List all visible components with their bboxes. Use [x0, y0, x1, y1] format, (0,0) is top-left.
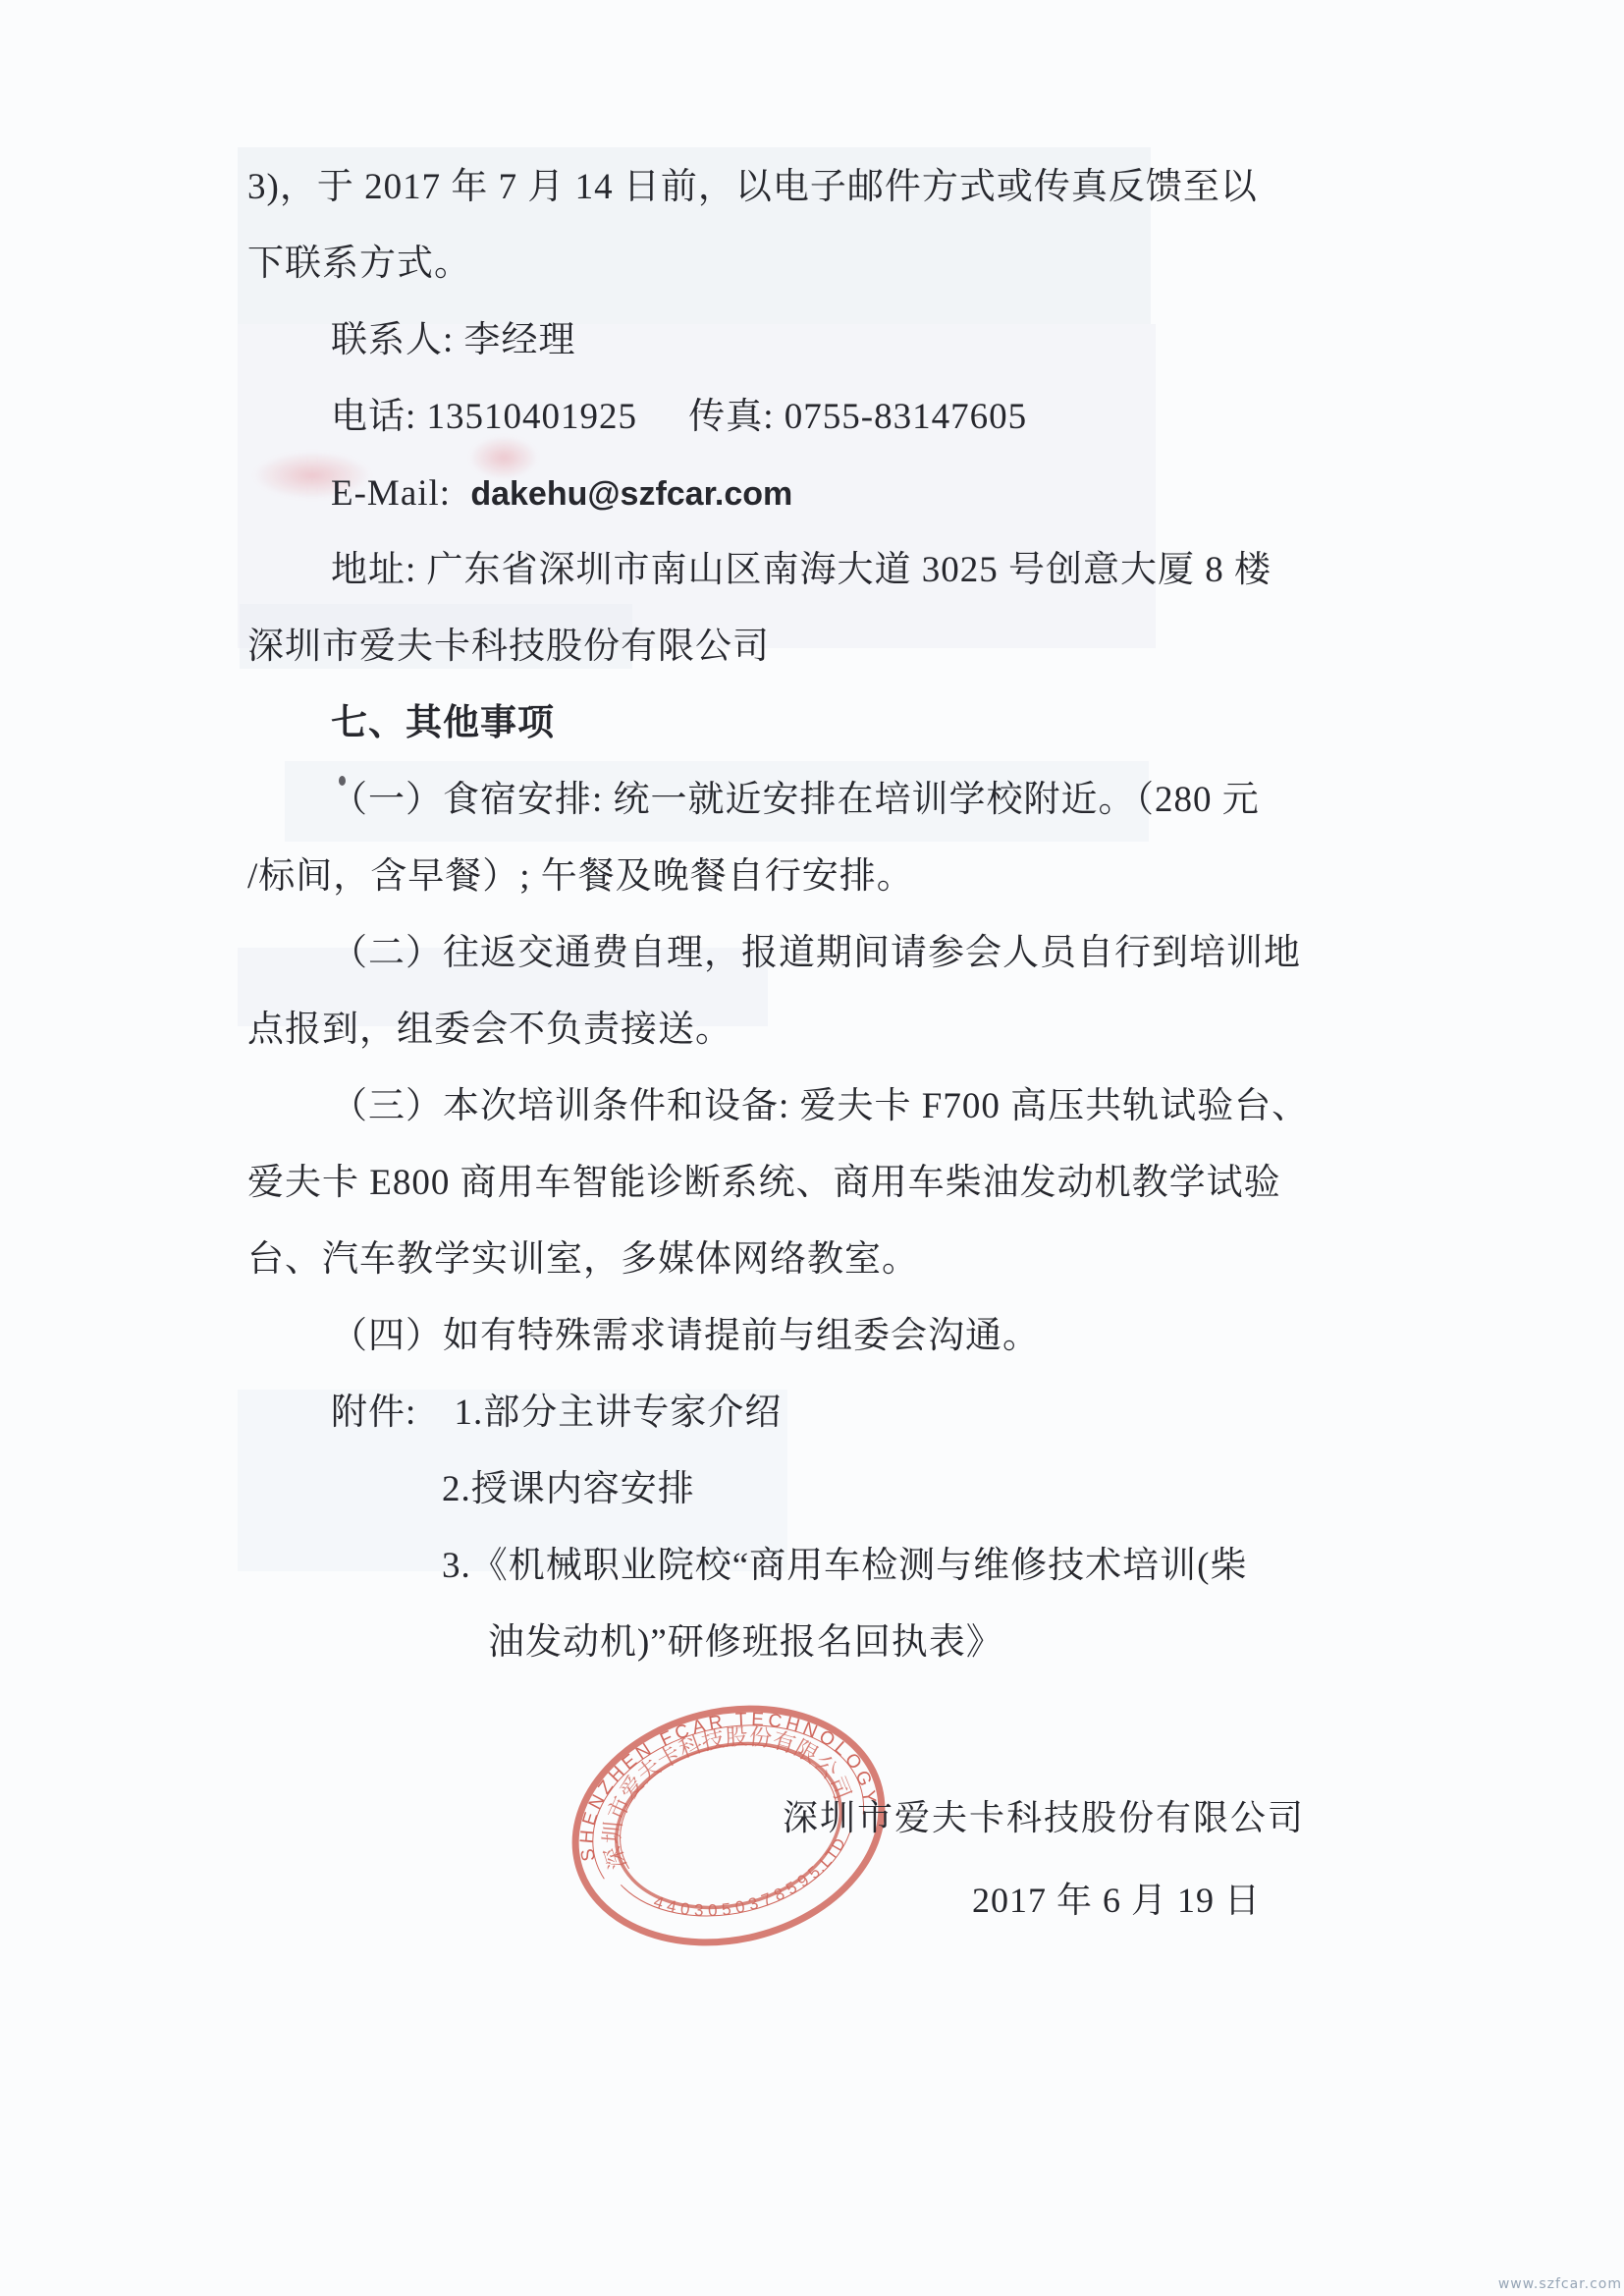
- document-line: 台、汽车教学实训室，多媒体网络教室。: [247, 1222, 1229, 1298]
- document-line: E-Mail: dakehu@szfcar.com: [331, 456, 1229, 532]
- document-line: /标间，含早餐）; 午餐及晚餐自行安排。: [247, 839, 1229, 915]
- document-line: 2.授课内容安排: [442, 1451, 1229, 1528]
- document-line: （三）本次培训条件和设备: 爱夫卡 F700 高压共轨试验台、: [331, 1068, 1229, 1145]
- text-run: 下联系方式。: [247, 244, 471, 284]
- text-run: 点报到，组委会不负责接送。: [247, 1010, 732, 1050]
- document-line: 油发动机)”研修班报名回执表》: [488, 1605, 1229, 1681]
- section-heading: 七、其他事项: [331, 703, 555, 743]
- address-value: 地址: 广东省深圳市南山区南海大道 3025 号创意大厦 8 楼: [331, 550, 1272, 590]
- fax-value: 传真: 0755-83147605: [688, 397, 1027, 437]
- document-line: 爱夫卡 E800 商用车智能诊断系统、商用车柴油发动机教学试验: [247, 1145, 1229, 1222]
- document-line: 联系人: 李经理: [331, 302, 1229, 379]
- attachment-item: 1.部分主讲专家介绍: [455, 1393, 783, 1433]
- document-line: 下联系方式。: [247, 226, 1229, 302]
- company-name: 深圳市爱夫卡科技股份有限公司: [247, 627, 770, 667]
- attachment-item: 3.《机械职业院校“商用车检测与维修技术培训(柴: [442, 1546, 1248, 1586]
- text-run: （二）往返交通费自理，报道期间请参会人员自行到培训地: [331, 933, 1301, 973]
- document-line: 附件: 1.部分主讲专家介绍: [331, 1375, 1229, 1451]
- seal-number: 4403050378595: [647, 1851, 832, 1938]
- attachment-item: 2.授课内容安排: [442, 1469, 695, 1509]
- document-line: 3.《机械职业院校“商用车检测与维修技术培训(柴: [442, 1528, 1229, 1605]
- document-line: 电话: 13510401925 传真: 0755-83147605: [331, 379, 1229, 456]
- attachment-item: 油发动机)”研修班报名回执表》: [488, 1622, 1003, 1663]
- text-run: （三）本次培训条件和设备: 爱夫卡 F700 高压共轨试验台、: [331, 1086, 1309, 1126]
- document-line: 深圳市爱夫卡科技股份有限公司: [247, 609, 1229, 685]
- signature-company: 深圳市爱夫卡科技股份有限公司: [783, 1779, 1305, 1856]
- document-line: 3)，于 2017 年 7 月 14 日前，以电子邮件方式或传真反馈至以: [247, 149, 1229, 226]
- contact-person: 联系人: 李经理: [331, 320, 576, 360]
- text-run: /标间，含早餐）; 午餐及晚餐自行安排。: [247, 856, 914, 897]
- document-line: （二）往返交通费自理，报道期间请参会人员自行到培训地: [331, 915, 1229, 992]
- watermark: www.szfcar.com: [1498, 2276, 1622, 2292]
- text-run: （四）如有特殊需求请提前与组委会沟通。: [331, 1316, 1040, 1356]
- document-line: 地址: 广东省深圳市南山区南海大道 3025 号创意大厦 8 楼: [331, 532, 1229, 609]
- text-run: 台、汽车教学实训室，多媒体网络教室。: [247, 1239, 919, 1280]
- document-line: 七、其他事项: [331, 685, 1229, 762]
- phone-value: 电话: 13510401925: [331, 397, 637, 437]
- document-line: （一）食宿安排: 统一就近安排在培训学校附近。（280 元: [331, 762, 1229, 839]
- text-run: 爱夫卡 E800 商用车智能诊断系统、商用车柴油发动机教学试验: [247, 1163, 1281, 1203]
- document-line: （四）如有特殊需求请提前与组委会沟通。: [331, 1298, 1229, 1375]
- email-label: E-Mail:: [331, 473, 451, 514]
- attachments-label: 附件:: [331, 1393, 416, 1433]
- text-run: 3)，于 2017 年 7 月 14 日前，以电子邮件方式或传真反馈至以: [247, 167, 1258, 207]
- email-value: dakehu@szfcar.com: [470, 475, 792, 513]
- signature-date: 2017 年 6 月 19 日: [972, 1862, 1261, 1939]
- scanned-document-page: 3)，于 2017 年 7 月 14 日前，以电子邮件方式或传真反馈至以 下联系…: [0, 0, 1624, 2296]
- document-line: 点报到，组委会不负责接送。: [247, 992, 1229, 1068]
- document-body: 3)，于 2017 年 7 月 14 日前，以电子邮件方式或传真反馈至以 下联系…: [247, 149, 1229, 1681]
- text-run: （一）食宿安排: 统一就近安排在培训学校附近。（280 元: [331, 780, 1260, 820]
